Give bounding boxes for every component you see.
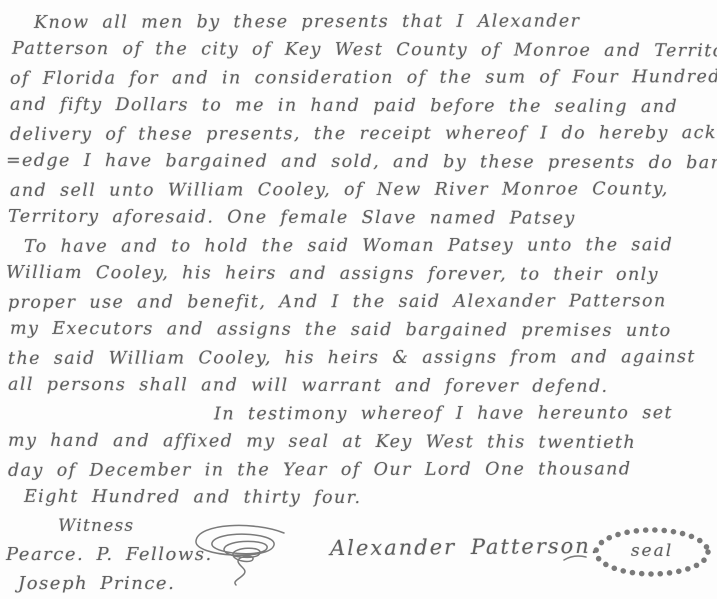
document-line: the said William Cooley, his heirs & ass… — [6, 343, 717, 373]
seal-stamp: seal — [562, 524, 714, 584]
document-line: proper use and benefit, And I the said A… — [6, 287, 717, 317]
document-line: To have and to hold the said Woman Patse… — [6, 231, 717, 261]
grantor-signature: Alexander Patterson. — [330, 534, 600, 560]
document-page: Know all men by these presents that I Al… — [0, 0, 717, 599]
document-line: my hand and affixed my seal at Key West … — [6, 427, 717, 457]
document-body: Know all men by these presents that I Al… — [6, 8, 717, 512]
document-line: and fifty Dollars to me in hand paid bef… — [6, 91, 717, 121]
document-line: Eight Hundred and thirty four. — [6, 483, 717, 513]
document-line: Territory aforesaid. One female Slave na… — [6, 203, 717, 233]
document-line: of Florida for and in consideration of t… — [6, 63, 717, 93]
seal-label: seal — [596, 541, 708, 561]
document-line: delivery of these presents, the receipt … — [6, 119, 717, 149]
document-line: William Cooley, his heirs and assigns fo… — [6, 259, 717, 289]
document-line: Know all men by these presents that I Al… — [6, 7, 717, 37]
document-line: =edge I have bargained and sold, and by … — [6, 147, 717, 177]
document-line: day of December in the Year of Our Lord … — [6, 455, 717, 485]
document-line: all persons shall and will warrant and f… — [6, 371, 717, 401]
spiral-flourish-icon — [184, 519, 290, 597]
document-line: my Executors and assigns the said bargai… — [6, 315, 717, 345]
witness-label: Witness — [58, 516, 134, 536]
document-line: and sell unto William Cooley, of New Riv… — [6, 175, 717, 205]
document-line: Patterson of the city of Key West County… — [6, 35, 717, 65]
document-line: In testimony whereof I have hereunto set — [6, 399, 717, 429]
